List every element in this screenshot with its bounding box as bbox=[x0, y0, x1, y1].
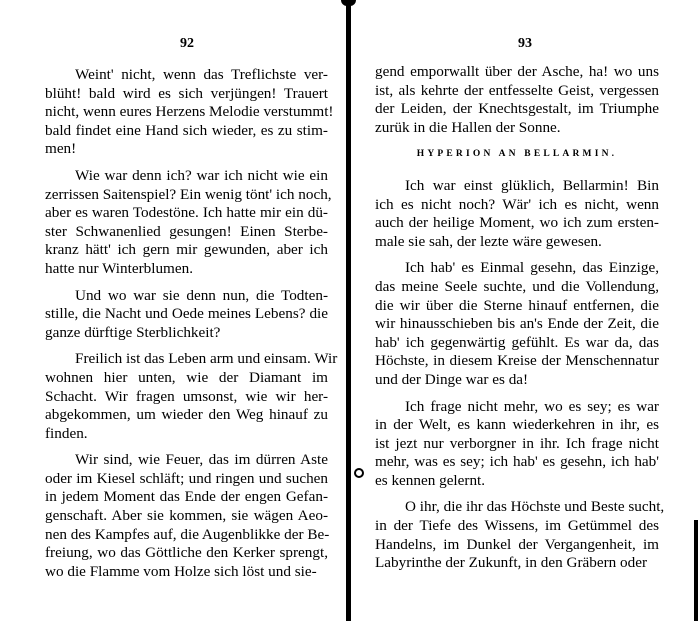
text-line: ist, als kehrte der entfesselte Geist, v… bbox=[375, 82, 659, 101]
right-page: 93 gend emporwallt über der Asche, ha! w… bbox=[352, 0, 698, 621]
text-line: Ich frage nicht mehr, wo es sey; es war bbox=[375, 398, 659, 417]
text-line: Ich war einst glüklich, Bellarmin! Bin bbox=[375, 177, 659, 196]
text-line: Ich hab' es Einmal gesehn, das Einzige, bbox=[375, 259, 659, 278]
paragraph: O ihr, die ihr das Höchste und Beste suc… bbox=[375, 498, 659, 572]
left-page-body: Weint' nicht, wenn das Treflichste ver-b… bbox=[45, 66, 328, 589]
text-line: es kennen gelernt. bbox=[375, 472, 659, 491]
text-line: oder im Kiesel schläft; und ringen und s… bbox=[45, 470, 328, 489]
text-line: die wir über die Sterne hinauf entfernen… bbox=[375, 297, 659, 316]
left-page: 92 Weint' nicht, wenn das Treflichste ve… bbox=[0, 0, 346, 621]
text-line: Schacht. Wir fragen umsonst, wie wir her… bbox=[45, 388, 328, 407]
paragraph: Ich war einst glüklich, Bellarmin! Binic… bbox=[375, 177, 659, 251]
text-line: Handelns, im Dunkel der Vergangenheit, i… bbox=[375, 536, 659, 555]
paragraph: Freilich ist das Leben arm und einsam. W… bbox=[45, 350, 328, 443]
text-line: abgekommen, um wieder den Weg hinauf zu bbox=[45, 406, 328, 425]
text-line: ist jezt nur verborgner in ihr. Ich frag… bbox=[375, 435, 659, 454]
paragraph: Ich frage nicht mehr, wo es sey; es wari… bbox=[375, 398, 659, 491]
right-page-body: gend emporwallt über der Asche, ha! wo u… bbox=[375, 63, 659, 581]
paragraph: Und wo war sie denn nun, die Todten-stil… bbox=[45, 287, 328, 343]
text-line: wo die Flamme vom Holze sich löst und si… bbox=[45, 563, 328, 582]
text-line: O ihr, die ihr das Höchste und Beste suc… bbox=[375, 498, 659, 517]
text-line: Und wo war sie denn nun, die Todten- bbox=[45, 287, 328, 306]
text-line: Freilich ist das Leben arm und einsam. W… bbox=[45, 350, 328, 369]
text-line: stille, die Nacht und Oede meines Lebens… bbox=[45, 305, 328, 324]
text-line: nen des Kampfes auf, die Augenblikke der… bbox=[45, 526, 328, 545]
text-line: freiung, wo das Göttliche den Kerker spr… bbox=[45, 544, 328, 563]
text-line: in jedem Moment das Ende der engen Gefan… bbox=[45, 488, 328, 507]
text-line: wir hinausschieben bis an's Ende der Zei… bbox=[375, 315, 659, 334]
text-line: ganze dürftige Sterblichkeit? bbox=[45, 324, 328, 343]
text-line: men! bbox=[45, 140, 328, 159]
text-line: kranz hätt' ich gern mir gewunden, aber … bbox=[45, 241, 328, 260]
page-number-right: 93 bbox=[518, 36, 532, 52]
text-line: Labyrinthe der Zukunft, in den Gräbern o… bbox=[375, 554, 659, 573]
text-line: Höchste, in diesem Kreise der Menschenna… bbox=[375, 352, 659, 371]
paragraph: Wir sind, wie Feuer, das im dürren Asteo… bbox=[45, 451, 328, 581]
paragraph: gend emporwallt über der Asche, ha! wo u… bbox=[375, 63, 659, 137]
paragraph: Ich hab' es Einmal gesehn, das Einzige,d… bbox=[375, 259, 659, 389]
text-line: ich es nicht noch? Wär' ich es nicht, we… bbox=[375, 196, 659, 215]
text-line: wohnen hier unten, wie der Diamant im bbox=[45, 369, 328, 388]
text-line: zurük in die Hallen der Sonne. bbox=[375, 119, 659, 138]
text-line: hab' ich gegenwärtig gefühlt. Es war da,… bbox=[375, 334, 659, 353]
paragraph: Weint' nicht, wenn das Treflichste ver-b… bbox=[45, 66, 328, 159]
paragraph: Wie war denn ich? war ich nicht wie einz… bbox=[45, 167, 328, 279]
text-line: finden. bbox=[45, 425, 328, 444]
text-line: bald findet eine Hand sich wieder, es zu… bbox=[45, 122, 328, 141]
text-line: nicht, wenn eures Herzens Melodie verstu… bbox=[45, 103, 328, 122]
book-spine-gutter bbox=[346, 0, 351, 621]
text-line: der Leiden, der Knechtsgestalt, im Trium… bbox=[375, 100, 659, 119]
text-line: mehr, was es sey; ich hab' es gesehn, ic… bbox=[375, 453, 659, 472]
text-line: und der Dinge war es da! bbox=[375, 371, 659, 390]
text-line: ster Schwanenlied gesungen! Einen Sterbe… bbox=[45, 223, 328, 242]
text-line: gend emporwallt über der Asche, ha! wo u… bbox=[375, 63, 659, 82]
text-line: zerrissen Saitenspiel? Ein wenig tönt' i… bbox=[45, 186, 328, 205]
page-number-left: 92 bbox=[180, 36, 194, 52]
text-line: Weint' nicht, wenn das Treflichste ver- bbox=[45, 66, 328, 85]
text-line: auch der heilige Moment, wo ich zum erst… bbox=[375, 214, 659, 233]
text-line: Wie war denn ich? war ich nicht wie ein bbox=[45, 167, 328, 186]
text-line: in der Welt, es kann wiederkehren in ihr… bbox=[375, 416, 659, 435]
text-line: male sie sah, der lezte wäre gewesen. bbox=[375, 233, 659, 252]
text-line: aber es waren Todestöne. Ich hatte mir e… bbox=[45, 204, 328, 223]
text-line: Wir sind, wie Feuer, das im dürren Aste bbox=[45, 451, 328, 470]
text-line: in der Tiefe des Wissens, im Getümmel de… bbox=[375, 517, 659, 536]
text-line: das meine Seele suchte, und die Vollendu… bbox=[375, 278, 659, 297]
text-line: hatte nur Winterblumen. bbox=[45, 260, 328, 279]
text-line: blüht! bald wird es sich verjüngen! Trau… bbox=[45, 85, 328, 104]
section-heading: HYPERION AN BELLARMIN. bbox=[375, 145, 659, 164]
text-line: genschaft. Aber sie kommen, sie wägen Ae… bbox=[45, 507, 328, 526]
